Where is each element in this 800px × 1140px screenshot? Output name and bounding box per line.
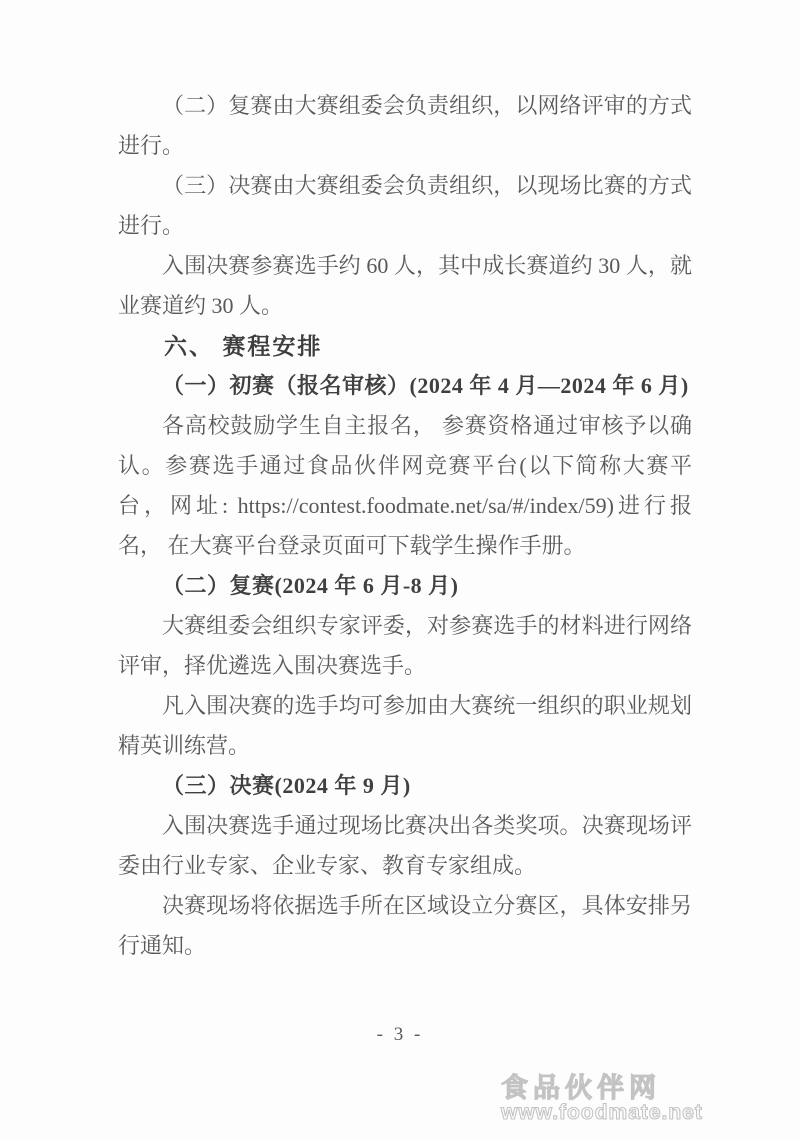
paragraph: （二）复赛由大赛组委会负责组织，以网络评审的方式进行。 [118,86,692,166]
paragraph: 大赛组委会组织专家评委，对参赛选手的材料进行网络评审，择优遴选入围决赛选手。 [118,606,692,686]
paragraph: 入围决赛参赛选手约 60 人，其中成长赛道约 30 人，就业赛道约 30 人。 [118,246,692,326]
subsection-heading: （二）复赛(2024 年 6 月-8 月) [118,566,692,606]
paragraph: （三）决赛由大赛组委会负责组织，以现场比赛的方式进行。 [118,166,692,246]
paragraph: 凡入围决赛的选手均可参加由大赛统一组织的职业规划精英训练营。 [118,686,692,766]
section-heading: 六、 赛程安排 [118,326,692,366]
paragraph: 入围决赛选手通过现场比赛决出各类奖项。决赛现场评委由行业专家、企业专家、教育专家… [118,806,692,886]
document-body: （二）复赛由大赛组委会负责组织，以网络评审的方式进行。（三）决赛由大赛组委会负责… [118,86,692,966]
subsection-heading: （三）决赛(2024 年 9 月) [118,766,692,806]
paragraph: 决赛现场将依据选手所在区域设立分赛区，具体安排另行通知。 [118,886,692,966]
paragraph: 各高校鼓励学生自主报名， 参赛资格通过审核予以确认。参赛选手通过食品伙伴网竞赛平… [118,406,692,566]
watermark-site-name: 食品伙伴网 [501,1074,703,1102]
watermark-site-url: www.foodmate.net [501,1102,703,1124]
watermark: 食品伙伴网 www.foodmate.net [501,1074,703,1124]
document-page: （二）复赛由大赛组委会负责组织，以网络评审的方式进行。（三）决赛由大赛组委会负责… [0,0,800,1140]
page-number: - 3 - [0,1024,800,1046]
subsection-heading: （一）初赛（报名审核）(2024 年 4 月—2024 年 6 月) [118,366,692,406]
